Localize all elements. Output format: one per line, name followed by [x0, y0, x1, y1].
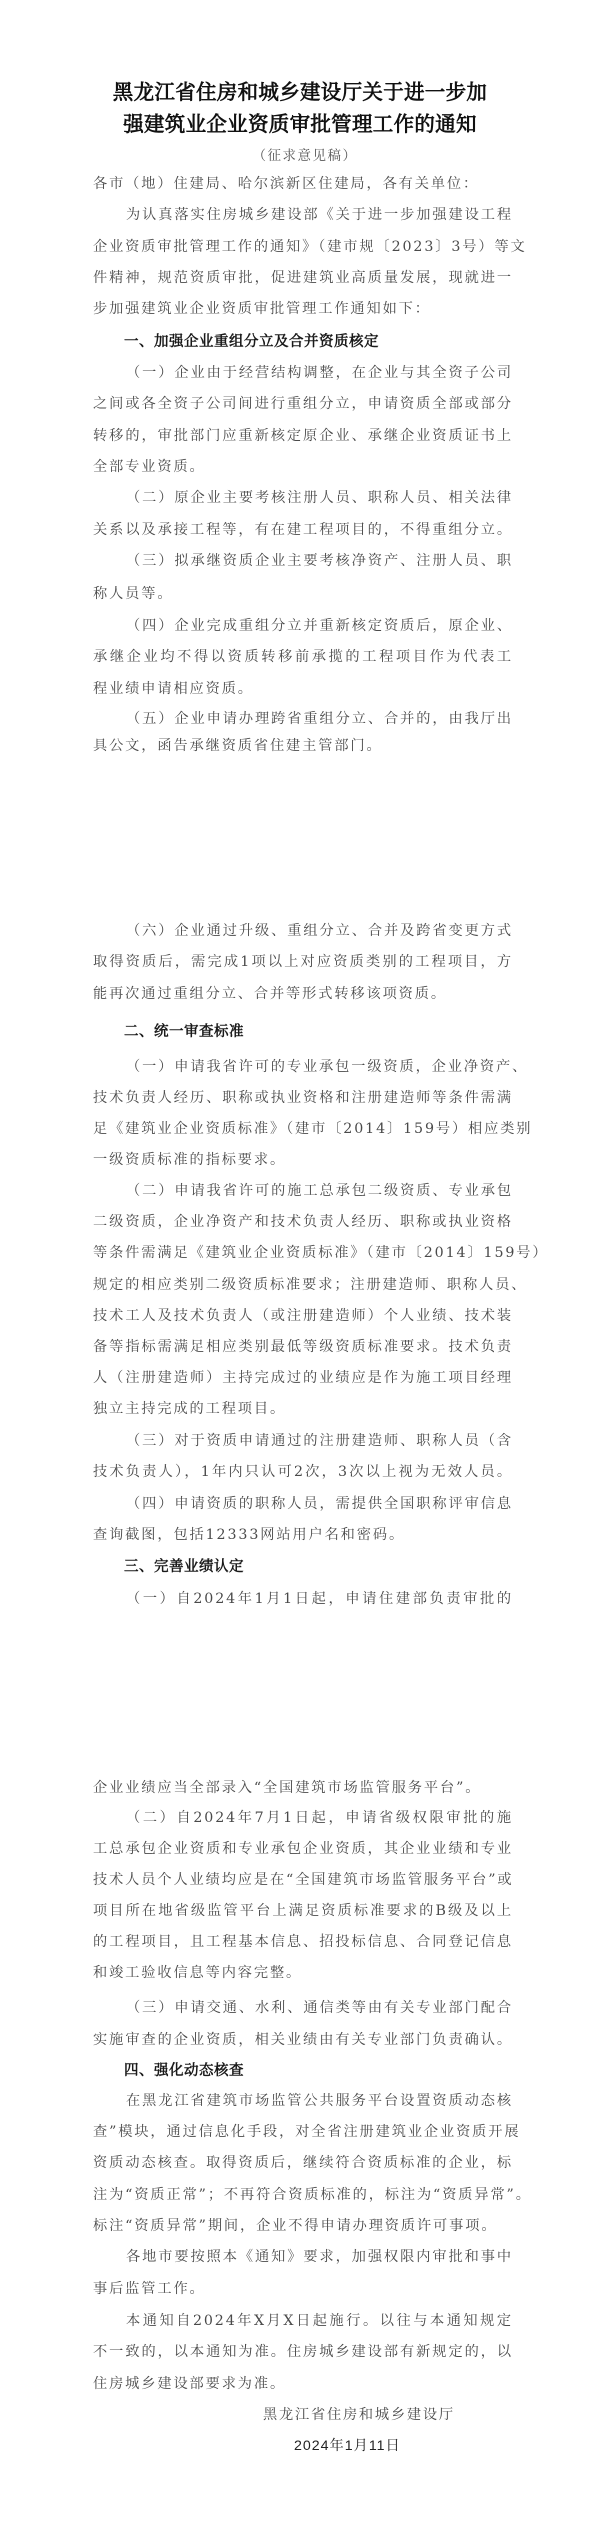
section-heading: 三、完善业绩认定 — [124, 1555, 244, 1579]
paragraph-line: 住房城乡建设部要求为准。 — [93, 2372, 513, 2396]
paragraph-line: （三）对于资质申请通过的注册建造师、职称人员（含 — [126, 1429, 513, 1453]
paragraph-line: 查”模块，通过信息化手段，对全省注册建筑业企业资质开展 — [93, 2120, 513, 2144]
paragraph-line: 在黑龙江省建筑市场监管公共服务平台设置资质动态核 — [126, 2089, 513, 2113]
paragraph-line: 取得资质后，需完成1项以上对应资质类别的工程项目，方 — [93, 950, 513, 974]
paragraph-line: 实施审查的企业资质，相关业绩由有关专业部门负责确认。 — [93, 2028, 513, 2052]
paragraph-line: 项目所在地省级监管平台上满足资质标准要求的B级及以上 — [93, 1899, 513, 1923]
paragraph-line: 规定的相应类别二级资质标准要求；注册建造师、职称人员、 — [93, 1273, 513, 1297]
paragraph-line: （二）自2024年7月1日起，申请省级权限审批的施 — [126, 1806, 513, 1830]
paragraph-line: 技术工人及技术负责人（或注册建造师）个人业绩、技术装 — [93, 1304, 513, 1328]
paragraph-line: 的工程项目，且工程基本信息、招投标信息、合同登记信息 — [93, 1930, 513, 1954]
paragraph-line: 转移的，审批部门应重新核定原企业、承继企业资质证书上 — [93, 424, 513, 448]
paragraph-line: 具公文，函告承继资质省住建主管部门。 — [93, 734, 513, 758]
paragraph-line: 人（注册建造师）主持完成过的业绩应是作为施工项目经理 — [93, 1366, 513, 1390]
paragraph-line: 标注“资质异常”期间，企业不得申请办理资质许可事项。 — [93, 2214, 513, 2238]
paragraph-line: 备等指标需满足相应类别最低等级资质标准要求。技术负责 — [93, 1335, 513, 1359]
paragraph-line: （一）企业由于经营结构调整，在企业与其全资子公司 — [126, 361, 513, 385]
paragraph-line: 技术人员个人业绩均应是在“全国建筑市场监管服务平台”或 — [93, 1868, 513, 1892]
paragraph-line: 和竣工验收信息等内容完整。 — [93, 1961, 513, 1985]
paragraph-line: 技术负责人经历、职称或执业资格和注册建造师等条件需满 — [93, 1086, 513, 1110]
paragraph-line: 各地市要按照本《通知》要求，加强权限内审批和事中 — [126, 2245, 513, 2269]
paragraph-line: 工总承包企业资质和专业承包企业资质，其企业业绩和专业 — [93, 1837, 513, 1861]
paragraph-line: 技术负责人），1年内只认可2次，3次以上视为无效人员。 — [93, 1460, 513, 1484]
paragraph-line: 事后监管工作。 — [93, 2277, 513, 2301]
paragraph-line: （六）企业通过升级、重组分立、合并及跨省变更方式 — [126, 919, 513, 943]
document-title-line2: 强建筑业企业资质审批管理工作的通知 — [0, 107, 600, 141]
signature-date: 2024年1月11日 — [294, 2434, 401, 2458]
paragraph-line: （四）企业完成重组分立并重新核定资质后，原企业、 — [126, 614, 513, 638]
paragraph-line: 等条件需满足《建筑业企业资质标准》（建市〔2014〕159号） — [93, 1241, 513, 1265]
paragraph-line: 二级资质，企业净资产和技术负责人经历、职称或执业资格 — [93, 1210, 513, 1234]
intro-line: 件精神，规范资质审批，促进建筑业高质量发展，现就进一 — [93, 266, 513, 290]
paragraph-line: 不一致的，以本通知为准。住房城乡建设部有新规定的，以 — [93, 2340, 513, 2364]
paragraph-line: （三）申请交通、水利、通信类等由有关专业部门配合 — [126, 1996, 513, 2020]
paragraph-line: 注为“资质正常”；不再符合资质标准的，标注为“资质异常”。 — [93, 2183, 513, 2207]
paragraph-line: （五）企业申请办理跨省重组分立、合并的，由我厅出 — [126, 707, 513, 731]
paragraph-line: （一）自2024年1月1日起，申请住建部负责审批的 — [126, 1587, 513, 1611]
paragraph-line: 独立主持完成的工程项目。 — [93, 1397, 513, 1421]
section-heading: 一、加强企业重组分立及合并资质核定 — [124, 330, 379, 354]
paragraph-line: 企业业绩应当全部录入“全国建筑市场监管服务平台”。 — [93, 1776, 513, 1800]
paragraph-line: （三）拟承继资质企业主要考核净资产、注册人员、职 — [126, 549, 513, 573]
section-heading: 四、强化动态核查 — [124, 2059, 244, 2083]
paragraph-line: 足《建筑业企业资质标准》（建市〔2014〕159号）相应类别 — [93, 1117, 513, 1141]
paragraph-line: 关系以及承接工程等，有在建工程项目的，不得重组分立。 — [93, 518, 513, 542]
signature-organization: 黑龙江省住房和城乡建设厅 — [263, 2403, 455, 2427]
salutation: 各市（地）住建局、哈尔滨新区住建局，各有关单位： — [93, 172, 513, 196]
paragraph-line: 资质动态核查。取得资质后，继续符合资质标准的企业，标 — [93, 2151, 513, 2175]
document-subtitle: （征求意见稿） — [0, 144, 600, 168]
paragraph-line: 能再次通过重组分立、合并等形式转移该项资质。 — [93, 982, 513, 1006]
paragraph-line: （二）原企业主要考核注册人员、职称人员、相关法律 — [126, 486, 513, 510]
paragraph-line: 一级资质标准的指标要求。 — [93, 1148, 513, 1172]
paragraph-line: （四）申请资质的职称人员，需提供全国职称评审信息 — [126, 1492, 513, 1516]
document-title-line1: 黑龙江省住房和城乡建设厅关于进一步加 — [0, 75, 600, 109]
intro-line: 企业资质审批管理工作的通知》（建市规〔2023〕3号）等文 — [93, 235, 513, 259]
paragraph-line: （二）申请我省许可的施工总承包二级资质、专业承包 — [126, 1179, 513, 1203]
section-heading: 二、统一审查标准 — [124, 1020, 244, 1044]
intro-line: 步加强建筑业企业资质审批管理工作通知如下： — [93, 297, 513, 321]
intro-line: 为认真落实住房城乡建设部《关于进一步加强建设工程 — [126, 203, 513, 227]
paragraph-line: 承继企业均不得以资质转移前承揽的工程项目作为代表工 — [93, 645, 513, 669]
paragraph-line: 程业绩申请相应资质。 — [93, 677, 513, 701]
paragraph-line: 本通知自2024年X月X日起施行。以往与本通知规定 — [126, 2309, 513, 2333]
paragraph-line: 全部专业资质。 — [93, 455, 513, 479]
paragraph-line: 查询截图，包括12333网站用户名和密码。 — [93, 1523, 513, 1547]
paragraph-line: （一）申请我省许可的专业承包一级资质，企业净资产、 — [126, 1055, 513, 1079]
document-page: 黑龙江省住房和城乡建设厅关于进一步加 强建筑业企业资质审批管理工作的通知 （征求… — [0, 0, 600, 2546]
paragraph-line: 称人员等。 — [93, 582, 513, 606]
paragraph-line: 之间或各全资子公司间进行重组分立，申请资质全部或部分 — [93, 392, 513, 416]
